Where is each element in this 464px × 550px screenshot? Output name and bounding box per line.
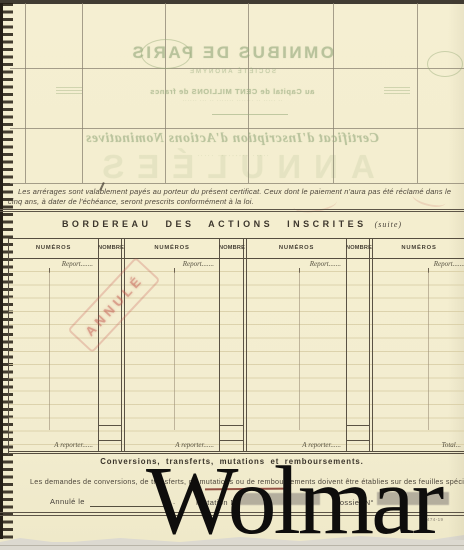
ruled-lines bbox=[9, 271, 464, 451]
arrerages-notice: Les arrérages sont valablement payés au … bbox=[0, 187, 464, 206]
header-numeros-4: NUMÉROS bbox=[373, 245, 464, 251]
group-separator bbox=[246, 239, 247, 452]
header-numeros-2: NUMÉROS bbox=[125, 245, 219, 251]
actions-table: NUMÉROS NOMBRE NUMÉROS NOMBRE NUMÉROS NO… bbox=[8, 238, 464, 455]
bordereau-title-text: BORDEREAU DES ACTIONS INSCRITES bbox=[62, 219, 367, 229]
notice-line-2: cinq ans, à dater de l'échéance, seront … bbox=[8, 197, 464, 207]
header-nombre-2: NOMBRE bbox=[219, 245, 244, 251]
header-numeros-1: NUMÉROS bbox=[9, 245, 98, 251]
ghost-medallion-right bbox=[427, 51, 463, 77]
header-underline bbox=[9, 258, 464, 259]
ghost-flourish-right bbox=[384, 87, 410, 95]
ghost-company-name: OMNIBUS DE PARIS bbox=[0, 43, 464, 63]
report-cell-3: Report....... bbox=[247, 260, 343, 268]
ghost-capital-subline: ·· ····· ·· ······· ······· ·· ··· ·····… bbox=[0, 98, 464, 103]
centre-guide bbox=[174, 272, 175, 430]
notice-line-1: Les arrérages sont valablement payés au … bbox=[18, 187, 464, 197]
header-nombre-3: NOMBRE bbox=[346, 245, 370, 251]
annule-le-label: Annulé le bbox=[50, 497, 85, 506]
ghost-flourish-left bbox=[56, 87, 82, 95]
ghost-legal-form: SOCIÉTÉ ANONYME bbox=[0, 69, 464, 75]
total-box-3 bbox=[346, 425, 370, 441]
group-separator bbox=[369, 239, 370, 452]
total-box-2 bbox=[219, 425, 244, 441]
wolmar-watermark: Wolmar bbox=[146, 452, 441, 550]
group-separator bbox=[243, 239, 244, 452]
coupon-grid: ANNULÉES OMNIBUS DE PARIS SOCIÉTÉ ANONYM… bbox=[0, 3, 464, 184]
ghost-medallion-left bbox=[141, 39, 191, 69]
double-rule bbox=[0, 209, 464, 212]
header-nombre-1: NOMBRE bbox=[98, 245, 122, 251]
ghost-certificate-title: Certificat d'Inscription d'Actions Nomin… bbox=[0, 130, 464, 146]
report-cell-4: Report....... bbox=[373, 260, 464, 268]
bordereau-suite: (suite) bbox=[375, 220, 402, 229]
centre-guide bbox=[49, 272, 50, 430]
group-separator bbox=[372, 239, 373, 452]
a-reporter-cell-1: A reporter...... bbox=[9, 441, 95, 449]
header-numeros-3: NUMÉROS bbox=[247, 245, 346, 251]
total-box-1 bbox=[98, 425, 122, 441]
report-cell-1: Report....... bbox=[9, 260, 95, 268]
bordereau-title: BORDEREAU DES ACTIONS INSCRITES(suite) bbox=[0, 219, 464, 229]
grid-line bbox=[10, 128, 464, 129]
centre-guide bbox=[428, 272, 429, 430]
ghost-certificate-subline: ····· ········· ····· bbox=[0, 153, 464, 158]
column-separator bbox=[346, 239, 347, 452]
centre-guide bbox=[299, 272, 300, 430]
scanned-certificate-page: ANNULÉES OMNIBUS DE PARIS SOCIÉTÉ ANONYM… bbox=[0, 0, 464, 550]
ghost-divider-line bbox=[212, 114, 288, 115]
column-separator bbox=[219, 239, 220, 452]
